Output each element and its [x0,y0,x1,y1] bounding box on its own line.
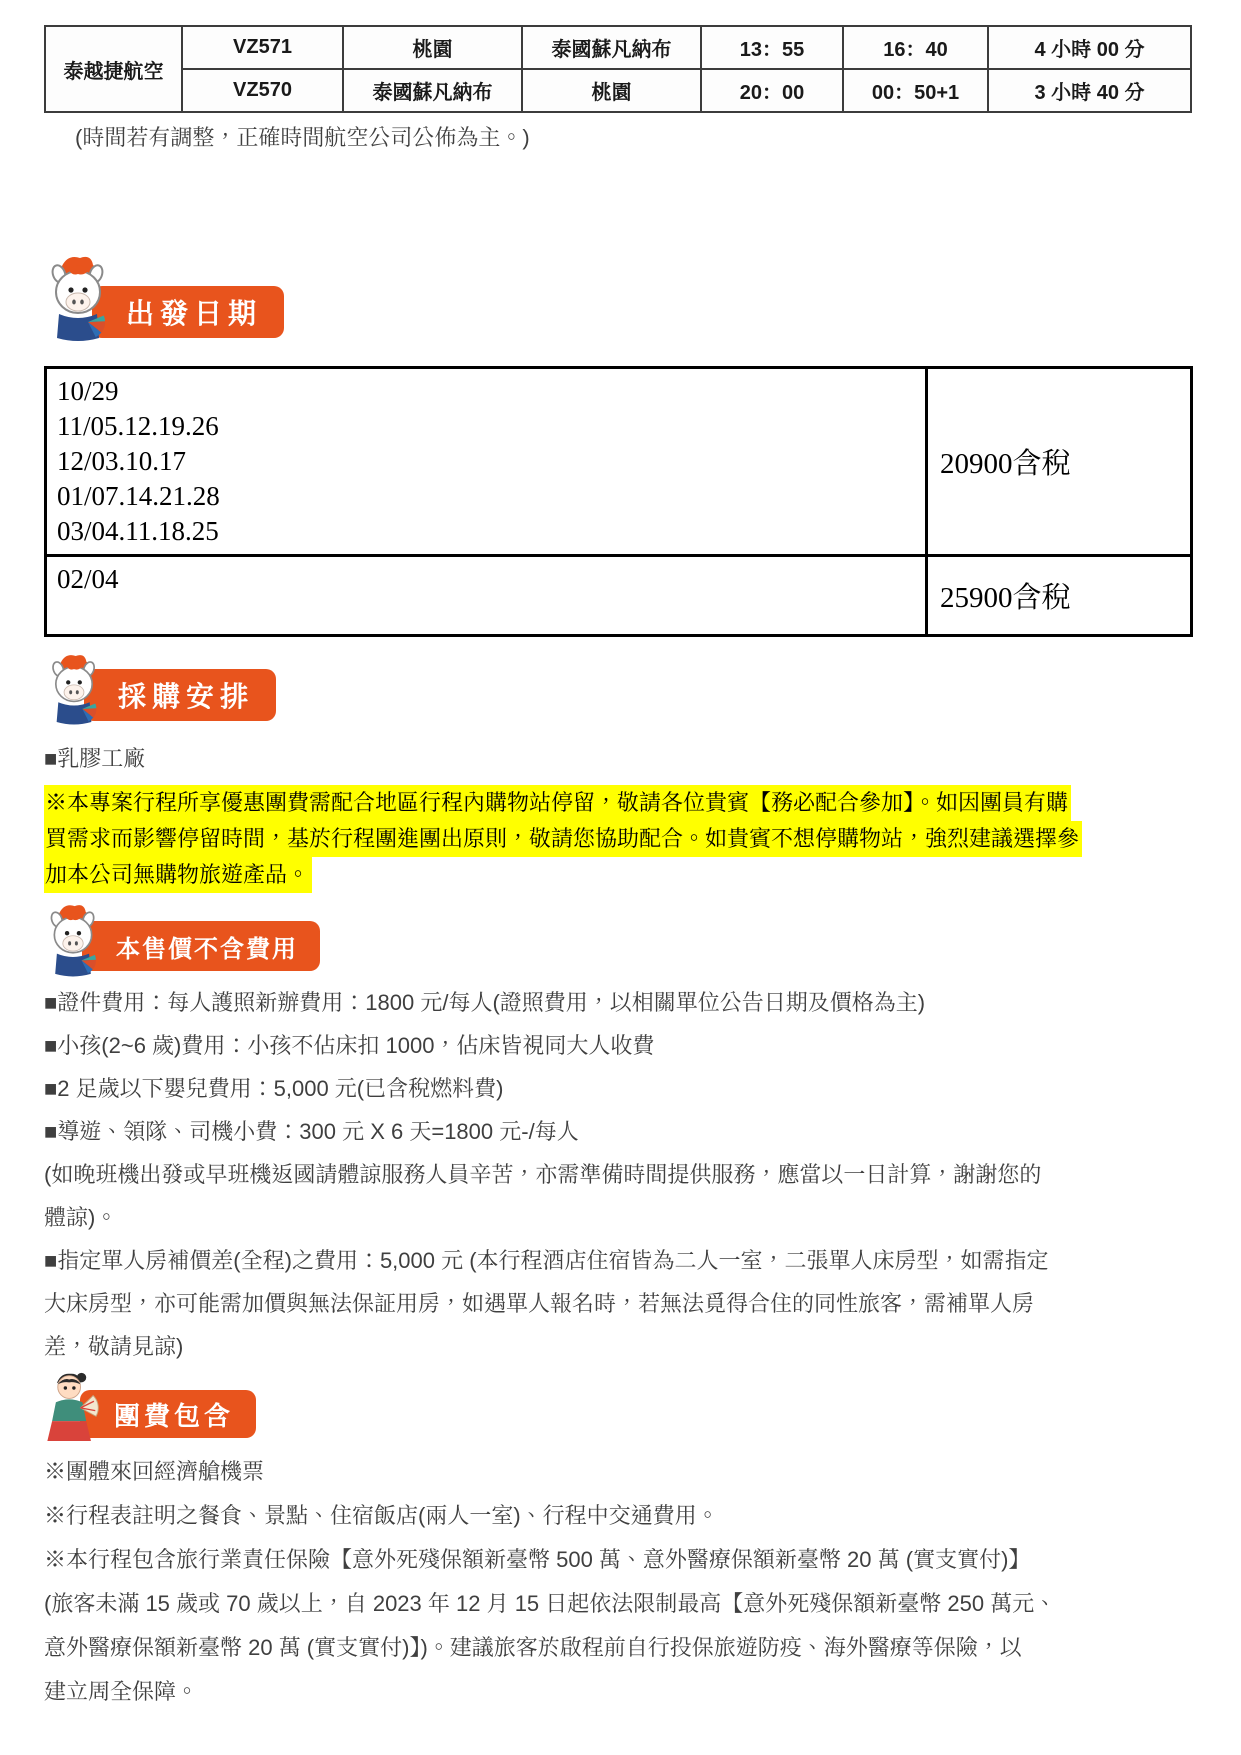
arrival-time: 00：50+1 [843,69,988,112]
section-title: 採購安排 [118,675,254,715]
destination: 泰國蘇凡納布 [522,26,701,69]
departure-dates-table: 10/29 11/05.12.19.26 12/03.10.17 01/07.1… [44,366,1193,637]
mascot-pony-icon [44,901,102,979]
origin: 桃園 [343,26,522,69]
price: 20900含稅 [927,368,1192,556]
fee-item: ■小孩(2~6 歲)費用：小孩不佔床扣 1000，佔床皆視同大人收費 [44,1024,1190,1067]
included-fee-list: ※團體來回經濟艙機票 ※行程表註明之餐食、景點、住宿飯店(兩人一室)、行程中交通… [44,1450,1190,1714]
flight-row-return: VZ570 泰國蘇凡納布 桃園 20：00 00：50+1 3 小時 40 分 [45,69,1191,112]
departure-time: 13：55 [701,26,843,69]
departure-dates: 02/04 [46,556,927,636]
fee-item-note: (如晚班機出發或早班機返國請體諒服務人員辛苦，亦需準備時間提供服務，應當以一日計… [44,1153,1190,1239]
section-title-badge: 本售價不含費用 [82,921,320,971]
flight-schedule-table: 泰越捷航空 VZ571 桃園 泰國蘇凡納布 13：55 16：40 4 小時 0… [44,25,1192,113]
mascot-pony-icon [44,651,104,727]
price-row: 10/29 11/05.12.19.26 12/03.10.17 01/07.1… [46,368,1192,556]
fee-item: ■指定單人房補價差(全程)之費用：5,000 元 (本行程酒店住宿皆為二人一室，… [44,1239,1190,1368]
shopping-stop-item: ■乳膠工廠 [44,743,1190,775]
mascot-pony-icon [44,252,112,344]
schedule-note: (時間若有調整，正確時間航空公司公佈為主。) [75,124,1190,152]
flight-duration: 4 小時 00 分 [988,26,1191,69]
shopping-notice: ※本專案行程所享優惠團費需配合地區行程內購物站停留，敬請各位貴賓【務必配合參加】… [44,785,1190,893]
origin: 泰國蘇凡納布 [343,69,522,112]
section-fee-includes: 團費包含 [44,1370,1190,1442]
section-price-excludes: 本售價不含費用 [44,901,1190,979]
price-row: 02/04 25900含稅 [46,556,1192,636]
section-title-badge: 採購安排 [84,669,276,721]
departure-time: 20：00 [701,69,843,112]
section-title-badge: 出發日期 [92,286,284,338]
section-title: 團費包含 [114,1396,234,1433]
fee-item: ■導遊、領隊、司機小費：300 元 X 6 天=1800 元-/每人 [44,1110,1190,1153]
destination: 桃園 [522,69,701,112]
airline-name: 泰越捷航空 [45,26,182,112]
itinerary-page: 泰越捷航空 VZ571 桃園 泰國蘇凡納布 13：55 16：40 4 小時 0… [0,0,1241,1755]
included-item: ※行程表註明之餐食、景點、住宿飯店(兩人一室)、行程中交通費用。 [44,1494,1190,1538]
departure-dates: 10/29 11/05.12.19.26 12/03.10.17 01/07.1… [46,368,927,556]
fee-item: ■證件費用：每人護照新辦費用：1800 元/每人(證照費用，以相關單位公告日期及… [44,981,1190,1024]
flight-row-outbound: 泰越捷航空 VZ571 桃園 泰國蘇凡納布 13：55 16：40 4 小時 0… [45,26,1191,69]
highlighted-text: 買需求而影響停留時間，基於行程團進團出原則，敬請您協助配合。如貴賓不想停購物站，… [44,821,1082,857]
included-item: ※團體來回經濟艙機票 [44,1450,1190,1494]
included-item: ※本行程包含旅行業責任保險【意外死殘保額新臺幣 500 萬、意外醫療保額新臺幣 … [44,1538,1190,1714]
highlighted-text: 加本公司無購物旅遊產品。 [44,857,312,893]
excluded-fee-list: ■證件費用：每人護照新辦費用：1800 元/每人(證照費用，以相關單位公告日期及… [44,981,1190,1368]
highlighted-text: ※本專案行程所享優惠團費需配合地區行程內購物站停留，敬請各位貴賓【務必配合參加】… [44,785,1071,821]
section-shopping: 採購安排 [44,651,1190,727]
section-title: 本售價不含費用 [116,929,298,964]
section-title: 出發日期 [126,292,262,332]
flight-number: VZ571 [182,26,343,69]
fee-item: ■2 足歲以下嬰兒費用：5,000 元(已含稅燃料費) [44,1067,1190,1110]
mascot-lady-icon [44,1370,100,1442]
price: 25900含稅 [927,556,1192,636]
flight-number: VZ570 [182,69,343,112]
section-departure-dates: 出發日期 [44,252,1190,344]
flight-duration: 3 小時 40 分 [988,69,1191,112]
section-title-badge: 團費包含 [80,1390,256,1438]
arrival-time: 16：40 [843,26,988,69]
